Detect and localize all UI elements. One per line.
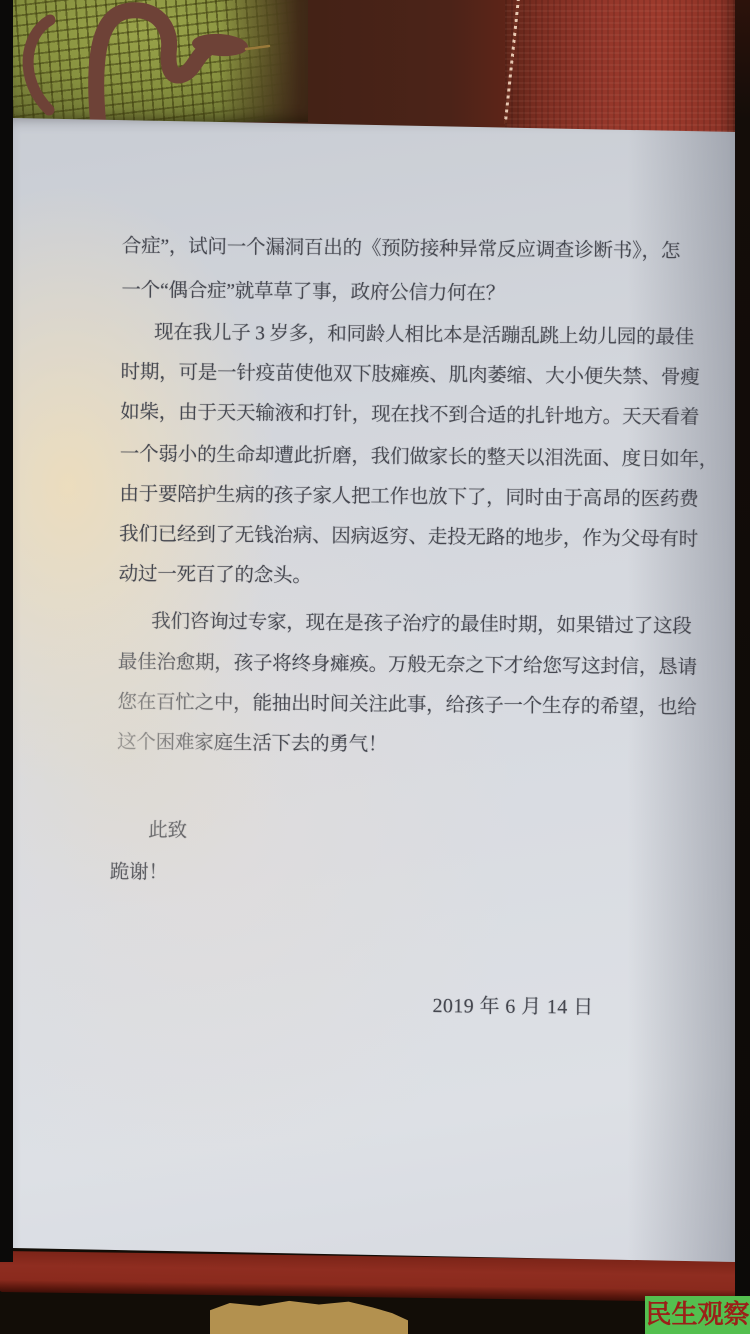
right-edge-shadow xyxy=(735,0,750,1334)
letter-line: 最佳治愈期，孩子将终身瘫痪。万般无奈之下才给您写这封信，恳请 xyxy=(118,646,697,680)
letter-paper: 合症”，试问一个漏洞百出的《预防接种异常反应调查诊断书》，怎 一个“偶合症”就草… xyxy=(13,116,736,1262)
letter-line: 我们咨询过专家，现在是孩子治疗的最佳时期，如果错过了这段 xyxy=(151,605,692,638)
letter-body: 合症”，试问一个漏洞百出的《预防接种异常反应调查诊断书》，怎 一个“偶合症”就草… xyxy=(113,228,737,1174)
letter-line: 您在百忙之中，能抽出时间关注此事，给孩子一个生存的希望，也给 xyxy=(117,686,696,720)
floor-tan-patch xyxy=(210,1298,408,1334)
letter-line: 一个弱小的生命却遭此折磨，我们做家长的整天以泪洗面、度日如年， xyxy=(120,438,719,472)
photo-of-letter: 合症”，试问一个漏洞百出的《预防接种异常反应调查诊断书》，怎 一个“偶合症”就草… xyxy=(0,0,750,1334)
letter-line: 时期，可是一针疫苗使他双下肢瘫痪、肌肉萎缩、大小便失禁、骨瘦 xyxy=(121,356,700,390)
letter-line: 由于要陪护生病的孩子家人把工作也放下了，同时由于高昂的医药费 xyxy=(119,478,698,512)
letter-closing: 此致 xyxy=(148,814,187,842)
left-edge-shadow xyxy=(0,0,13,1262)
watermark-badge: 民生观察 xyxy=(645,1296,750,1334)
letter-line: 一个“偶合症”就草草了事，政府公信力何在？ xyxy=(121,274,505,306)
letter-signature-thanks: 跪谢！ xyxy=(110,856,168,885)
snake-icon xyxy=(13,0,308,122)
green-snake-mat xyxy=(13,0,308,122)
letter-line: 动过一死百了的念头。 xyxy=(119,558,312,588)
letter-line: 这个困难家庭生活下去的勇气！ xyxy=(117,726,387,757)
letter-line: 合症”，试问一个漏洞百出的《预防接种异常反应调查诊断书》，怎 xyxy=(122,230,681,263)
letter-line: 如柴，由于天天输液和打针，现在找不到合适的扎针地方。天天看着 xyxy=(120,396,699,430)
letter-line: 现在我儿子 3 岁多，和同龄人相比本是活蹦乱跳上幼儿园的最佳 xyxy=(154,316,694,349)
letter-line: 我们已经到了无钱治病、因病返穷、走投无路的地步，作为父母有时 xyxy=(119,518,698,552)
letter-date: 2019 年 6 月 14 日 xyxy=(432,989,593,1020)
cloth-weave-texture xyxy=(505,0,750,150)
